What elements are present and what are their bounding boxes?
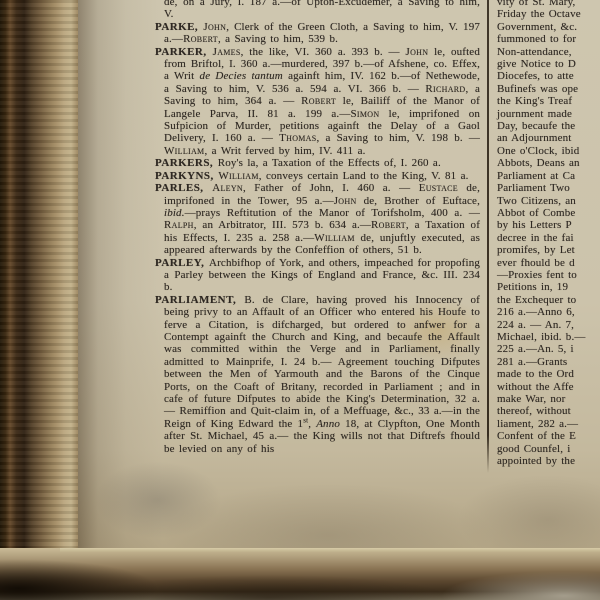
right-column-line: Diocefes, to atte (497, 70, 600, 82)
right-column-line: appointed by the (497, 455, 600, 467)
right-column-line: promifes, by Let (497, 244, 600, 256)
right-column-line: give Notice to D (497, 58, 600, 70)
entry-text: , a Saving to him, V. 198 b. — (317, 132, 480, 144)
entry-text: —prays Reftitution of the Manor of Torif… (185, 207, 480, 219)
right-column-line: 225 a.—An. 5, i (497, 343, 600, 355)
right-column-line: fummoned to for (497, 33, 600, 45)
entry-text: James (213, 46, 241, 58)
book-binding (0, 0, 78, 600)
right-column-line: Non-attendance, (497, 46, 600, 58)
right-column-line: journment made (497, 108, 600, 120)
entry-text: Anno (316, 418, 340, 430)
right-column-line: make War, nor (497, 393, 600, 405)
page-bottom-edge (0, 548, 600, 600)
entry-text: , a Saving to him, 539 b. (218, 33, 338, 45)
entry-text: Aleyn (212, 182, 243, 194)
entry-text: Ralph (164, 219, 194, 231)
right-column-line: Parliament at Ca (497, 170, 600, 182)
right-column-line: —Proxies fent to (497, 269, 600, 281)
right-column-line: Abbot of Combe (497, 207, 600, 219)
book-page: de, on a Jury, I. 187 a.—of Upton-Excude… (78, 0, 600, 548)
right-column-line: Two Citizens, an (497, 195, 600, 207)
entry-headword: PARLES, (155, 182, 212, 194)
entry-text: John (334, 195, 357, 207)
index-entry-parker: PARKER, James, the like, VI. 360 a. 393 … (155, 46, 480, 158)
right-column-line: ever fhould be d (497, 257, 600, 269)
index-entry-parke: PARKE, John, Clerk of the Green Cloth, a… (155, 21, 480, 46)
right-column-line: vity of St. Mary, (497, 0, 600, 8)
entry-text: , Father of John, I. 460 a. — (243, 182, 419, 194)
entry-text: , an Arbitrator, III. 573 b. 634 a.— (194, 219, 371, 231)
index-right-column: vity of St. Mary,Friday the OctaveGovern… (497, 0, 600, 467)
index-entry-previous-continuation: de, on a Jury, I. 187 a.—of Upton-Excude… (155, 0, 480, 21)
right-column-line: One o'Clock, ibid (497, 145, 600, 157)
index-entry-parley: PARLEY, Archbifhop of York, and others, … (155, 257, 480, 294)
right-column-line: decree in the fai (497, 232, 600, 244)
entry-text: William (218, 170, 258, 182)
entry-text: , (308, 418, 316, 430)
entry-headword: PARLIAMENT, (155, 294, 244, 306)
right-column-line: Bufinefs was ope (497, 83, 600, 95)
entry-text: William (314, 232, 354, 244)
right-column-line: liament, 282 a.— (497, 418, 600, 430)
column-divider-rule (487, 0, 489, 473)
entry-text: B. de Clare, having proved his Innocency… (164, 294, 480, 430)
entry-text: Robert (183, 33, 218, 45)
entry-text: , a Writ ferved by him, IV. 411 a. (204, 145, 365, 157)
right-column-line: Abbots, Deans an (497, 157, 600, 169)
entry-text: Thomas (279, 132, 316, 144)
right-column-line: Petitions in, 19 (497, 281, 600, 293)
right-column-line: Confent of the E (497, 430, 600, 442)
index-main-column: de, on a Jury, I. 187 a.—of Upton-Excude… (155, 0, 480, 455)
entry-text: de, Brother of Euftace, (357, 195, 480, 207)
index-entry-parkers: PARKERS, Roy's la, a Taxation of the Eff… (155, 157, 480, 169)
entry-text: Robert (301, 95, 336, 107)
right-column-line: the King's Treaf (497, 95, 600, 107)
book-photo: de, on a Jury, I. 187 a.—of Upton-Excude… (0, 0, 600, 600)
entry-text: , the like, VI. 360 a. 393 b. — (241, 46, 406, 58)
right-column-line: Parliament Two (497, 182, 600, 194)
right-column-line: Michael, ibid. b.— (497, 331, 600, 343)
right-column-line: without the Affe (497, 381, 600, 393)
entry-headword: PARKYNS, (155, 170, 218, 182)
entry-text: Robert (371, 219, 406, 231)
index-entry-parkyns: PARKYNS, William, conveys certain Land t… (155, 170, 480, 182)
right-column-line: thereof, without (497, 405, 600, 417)
entry-text: , conveys certain Land to the King, V. 8… (259, 170, 469, 182)
index-entry-parliament: PARLIAMENT, B. de Clare, having proved h… (155, 294, 480, 455)
right-column-line: 224 a. — An. 7, (497, 319, 600, 331)
entry-text: Richard (425, 83, 465, 95)
right-column-line: made to the Ord (497, 368, 600, 380)
right-column-line: 281 a.—Grants (497, 356, 600, 368)
right-column-line: by his Letters P (497, 219, 600, 231)
entry-headword: PARKER, (155, 46, 213, 58)
entry-text: de, on a Jury, I. 187 a.—of Upton-Excude… (164, 0, 480, 20)
entry-text: Simon (350, 108, 379, 120)
entry-text: ibid. (164, 207, 185, 219)
right-column-line: 216 a.—Anno 6, (497, 306, 600, 318)
right-column-line: Day, becaufe the (497, 120, 600, 132)
entry-text: William (164, 145, 204, 157)
right-column-line: Friday the Octave (497, 8, 600, 20)
entry-headword: PARKERS, (155, 157, 218, 169)
entry-text: Roy's la, a Taxation of the Effects of, … (218, 157, 441, 169)
entry-text: Archbifhop of York, and others, impeache… (164, 257, 480, 294)
index-entry-parles: PARLES, Aleyn, Father of John, I. 460 a.… (155, 182, 480, 256)
right-column-line: an Adjournment (497, 132, 600, 144)
entry-text: John (405, 46, 428, 58)
entry-headword: PARKE, (155, 21, 203, 33)
entry-text: John (203, 21, 226, 33)
entry-headword: PARLEY, (155, 257, 209, 269)
right-column-line: the Exchequer to (497, 294, 600, 306)
entry-text: de Decies tantum (200, 70, 283, 82)
right-column-line: Government, &c. (497, 21, 600, 33)
right-column-line: good Counfel, i (497, 443, 600, 455)
entry-text: Eustace (419, 182, 458, 194)
